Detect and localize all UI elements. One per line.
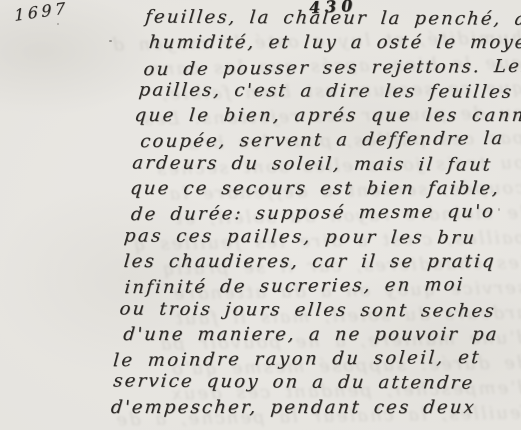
- manuscript-line: ardeurs du soleil, mais il faut: [131, 151, 521, 178]
- manuscript-line: les chaudieres, car il se pratiq: [123, 250, 521, 274]
- ink-speck: [57, 23, 59, 25]
- manuscript-scan-page: humidité, et luy a osté le moyen d que l…: [0, 0, 521, 430]
- year-annotation: 1697: [14, 0, 69, 25]
- manuscript-line: humidité, et luy a osté le moyen d: [148, 31, 521, 55]
- ink-speck: [109, 40, 112, 42]
- manuscript-line: pas ces pailles, pour les bru: [123, 224, 521, 251]
- manuscript-line: infinité de sucreries, en moi: [123, 272, 521, 301]
- manuscript-line: ou de pousser ses rejettons. Les: [143, 53, 521, 82]
- manuscript-line: ou trois jours elles sont seches: [118, 297, 521, 324]
- manuscript-line: de durée: supposé mesme qu'o: [130, 199, 521, 228]
- manuscript-line: service quoy on a du attendre: [112, 370, 521, 397]
- manuscript-line: pailles, c'est a dire les feuilles q: [138, 78, 521, 105]
- manuscript-line: que le bien, aprés que les cann: [133, 104, 521, 128]
- manuscript-line: d'une maniere, a ne pouvoir pa: [122, 323, 521, 347]
- manuscript-line: que ce secours est bien faible,: [129, 177, 521, 201]
- manuscript-line: coupée, servent a deffendre la: [139, 126, 521, 155]
- manuscript-text-block: feuilles, la chaleur la penché, a de hum…: [110, 7, 521, 420]
- manuscript-line: d'empescher, pendant ces deux: [110, 396, 521, 420]
- manuscript-line: feuilles, la chaleur la penché, a de: [144, 5, 521, 32]
